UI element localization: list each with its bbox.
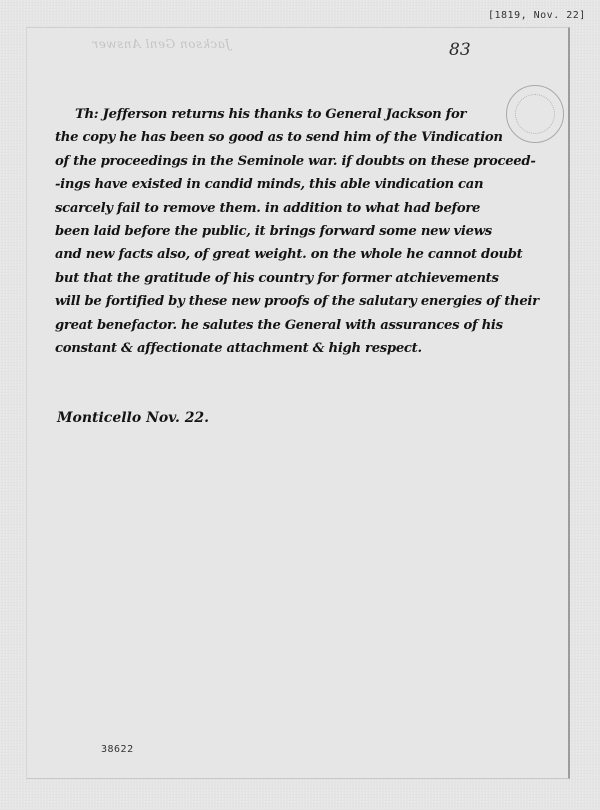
bleed-through-text: Jackson Genl Answer [92,37,230,51]
letter-line: but that the gratitude of his country fo… [55,267,565,290]
catalog-number: 38622 [101,744,134,755]
letter-line: scarcely fail to remove them. in additio… [55,197,565,220]
letter-line: Th: Jefferson returns his thanks to Gene… [55,103,565,126]
letter-line: will be fortified by these new proofs of… [55,290,565,313]
letter-line: and new facts also, of great weight. on … [55,243,565,266]
letter-body: Th: Jefferson returns his thanks to Gene… [55,103,565,360]
archival-date-annotation: [1819, Nov. 22] [488,10,586,21]
letter-line: been laid before the public, it brings f… [55,220,565,243]
letter-line: the copy he has been so good as to send … [55,126,565,149]
letter-line: of the proceedings in the Seminole war. … [55,150,565,173]
letter-line: constant & affectionate attachment & hig… [55,337,565,360]
letter-line: -ings have existed in candid minds, this… [55,173,565,196]
letter-line: great benefactor. he salutes the General… [55,314,565,337]
letter-dateline: Monticello Nov. 22. [57,410,209,426]
folio-number: 83 [449,40,471,60]
